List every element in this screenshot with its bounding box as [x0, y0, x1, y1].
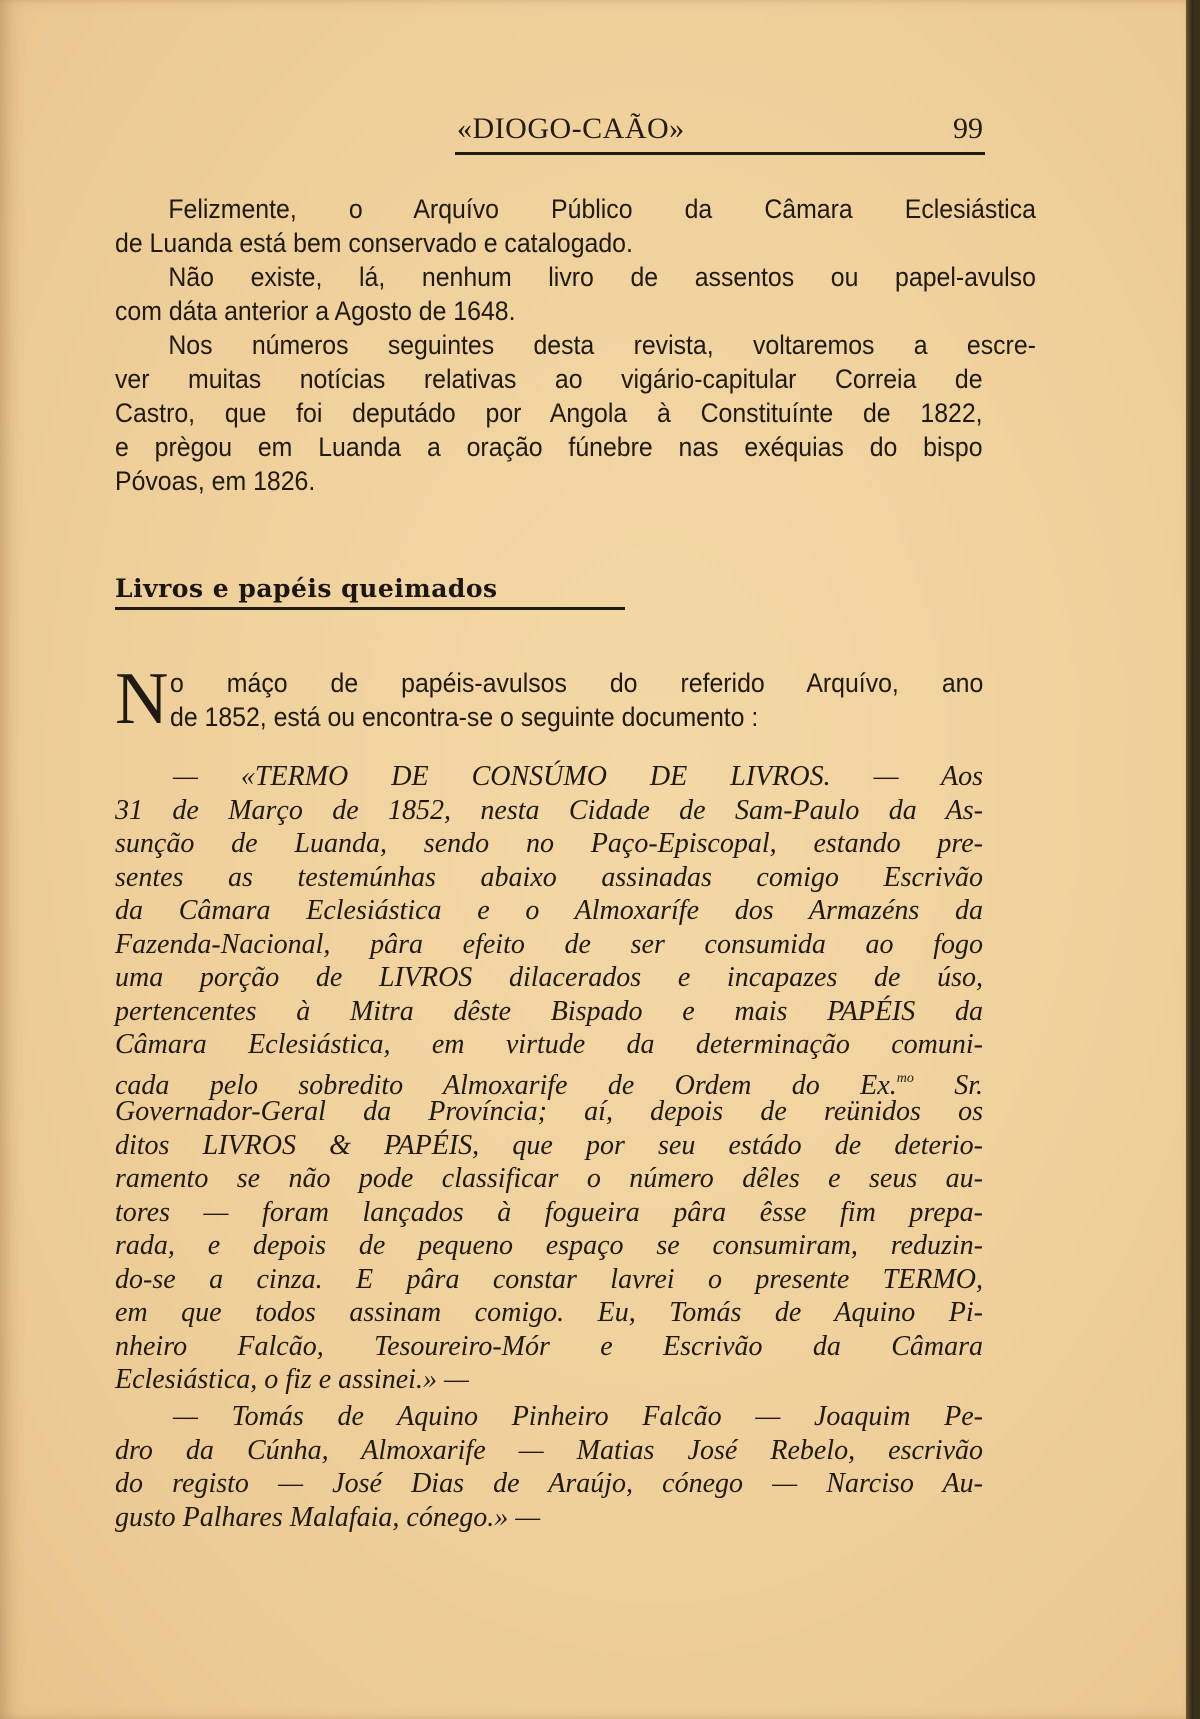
- text-line: gusto Palhares Malafaia, cónego.» —: [115, 1501, 983, 1535]
- text-line: pertencentes à Mitra dêste Bispado e mai…: [115, 995, 983, 1029]
- text-line: de 1852, está ou encontra-se o seguinte …: [170, 700, 983, 734]
- text-line: da Câmara Eclesiástica e o Almoxarífe do…: [115, 894, 983, 928]
- running-head: «DIOGO-CAÃO» 99: [455, 112, 985, 155]
- quoted-document: — «TERMO DE CONSÚMO DE LIVROS. — Aos 31 …: [115, 760, 983, 1397]
- superscript-abbrev: mo: [897, 1071, 914, 1086]
- text-line: Felizmente, o Arquívo Público da Câmara …: [115, 192, 1036, 226]
- text-line: Nos números seguintes desta revista, vol…: [115, 328, 1036, 362]
- text-line: Fazenda-Nacional, pâra efeito de ser con…: [115, 928, 983, 962]
- text-line: Eclesiástica, o fiz e assinei.» —: [115, 1363, 983, 1397]
- text-line: dro da Cúnha, Almoxarife — Matias José R…: [115, 1434, 983, 1468]
- section-heading: Livros e papéis queimados: [115, 574, 625, 610]
- text-line: o máço de papéis-avulsos do referido Arq…: [170, 666, 983, 700]
- text-line: e prègou em Luanda a oração fúnebre nas …: [115, 430, 983, 464]
- paragraph-1: Felizmente, o Arquívo Público da Câmara …: [115, 192, 983, 260]
- text-line: Póvoas, em 1826.: [115, 464, 983, 498]
- text-line: — «TERMO DE CONSÚMO DE LIVROS. — Aos: [115, 760, 983, 794]
- text-line: rada, e depois de pequeno espaço se cons…: [115, 1229, 983, 1263]
- text-line: sentes as testemúnhas abaixo assinadas c…: [115, 861, 983, 895]
- text-line: sunção de Luanda, sendo no Paço-Episcopa…: [115, 827, 983, 861]
- text-line: ditos LIVROS & PAPÉIS, que por seu estád…: [115, 1129, 983, 1163]
- text-line: do-se a cinza. E pâra constar lavrei o p…: [115, 1263, 983, 1297]
- paragraph-2: Não existe, lá, nenhum livro de assentos…: [115, 260, 983, 328]
- text-line: Castro, que foi deputádo por Angola à Co…: [115, 396, 983, 430]
- text-line: ver muitas notícias relativas ao vigário…: [115, 362, 983, 396]
- text-line: em que todos assinam comigo. Eu, Tomás d…: [115, 1296, 983, 1330]
- paragraph-3: Nos números seguintes desta revista, vol…: [115, 328, 983, 498]
- text-line: tores — foram lançados à fogueira pâra ê…: [115, 1196, 983, 1230]
- text-line-with-superscript: cada pelo sobredito Almoxarife de Ordem …: [115, 1062, 983, 1096]
- text-line: ramento se não pode classificar o número…: [115, 1162, 983, 1196]
- text-line: Governador-Geral da Província; aí, depoi…: [115, 1095, 983, 1129]
- text-line: — Tomás de Aquino Pinheiro Falcão — Joaq…: [115, 1400, 983, 1434]
- text-line: nheiro Falcão, Tesoureiro-Mór e Escrivão…: [115, 1330, 983, 1364]
- journal-title: «DIOGO-CAÃO»: [457, 112, 685, 146]
- text-line: 31 de Março de 1852, nesta Cidade de Sam…: [115, 794, 983, 828]
- text-line: Câmara Eclesiástica, em virtude da deter…: [115, 1028, 983, 1062]
- text-line: uma porção de LIVROS dilacerados e incap…: [115, 961, 983, 995]
- text-line: de Luanda está bem conservado e cataloga…: [115, 226, 983, 260]
- text-line: Não existe, lá, nenhum livro de assentos…: [115, 260, 1036, 294]
- signatures: — Tomás de Aquino Pinheiro Falcão — Joaq…: [115, 1400, 983, 1534]
- page-number: 99: [953, 112, 983, 146]
- book-page: «DIOGO-CAÃO» 99 Felizmente, o Arquívo Pú…: [0, 0, 1193, 1719]
- text-line: do registo — José Dias de Araújo, cónego…: [115, 1467, 983, 1501]
- drop-cap: N: [115, 666, 168, 732]
- page-edge: [1186, 0, 1193, 1719]
- text-line: com dáta anterior a Agosto de 1648.: [115, 294, 983, 328]
